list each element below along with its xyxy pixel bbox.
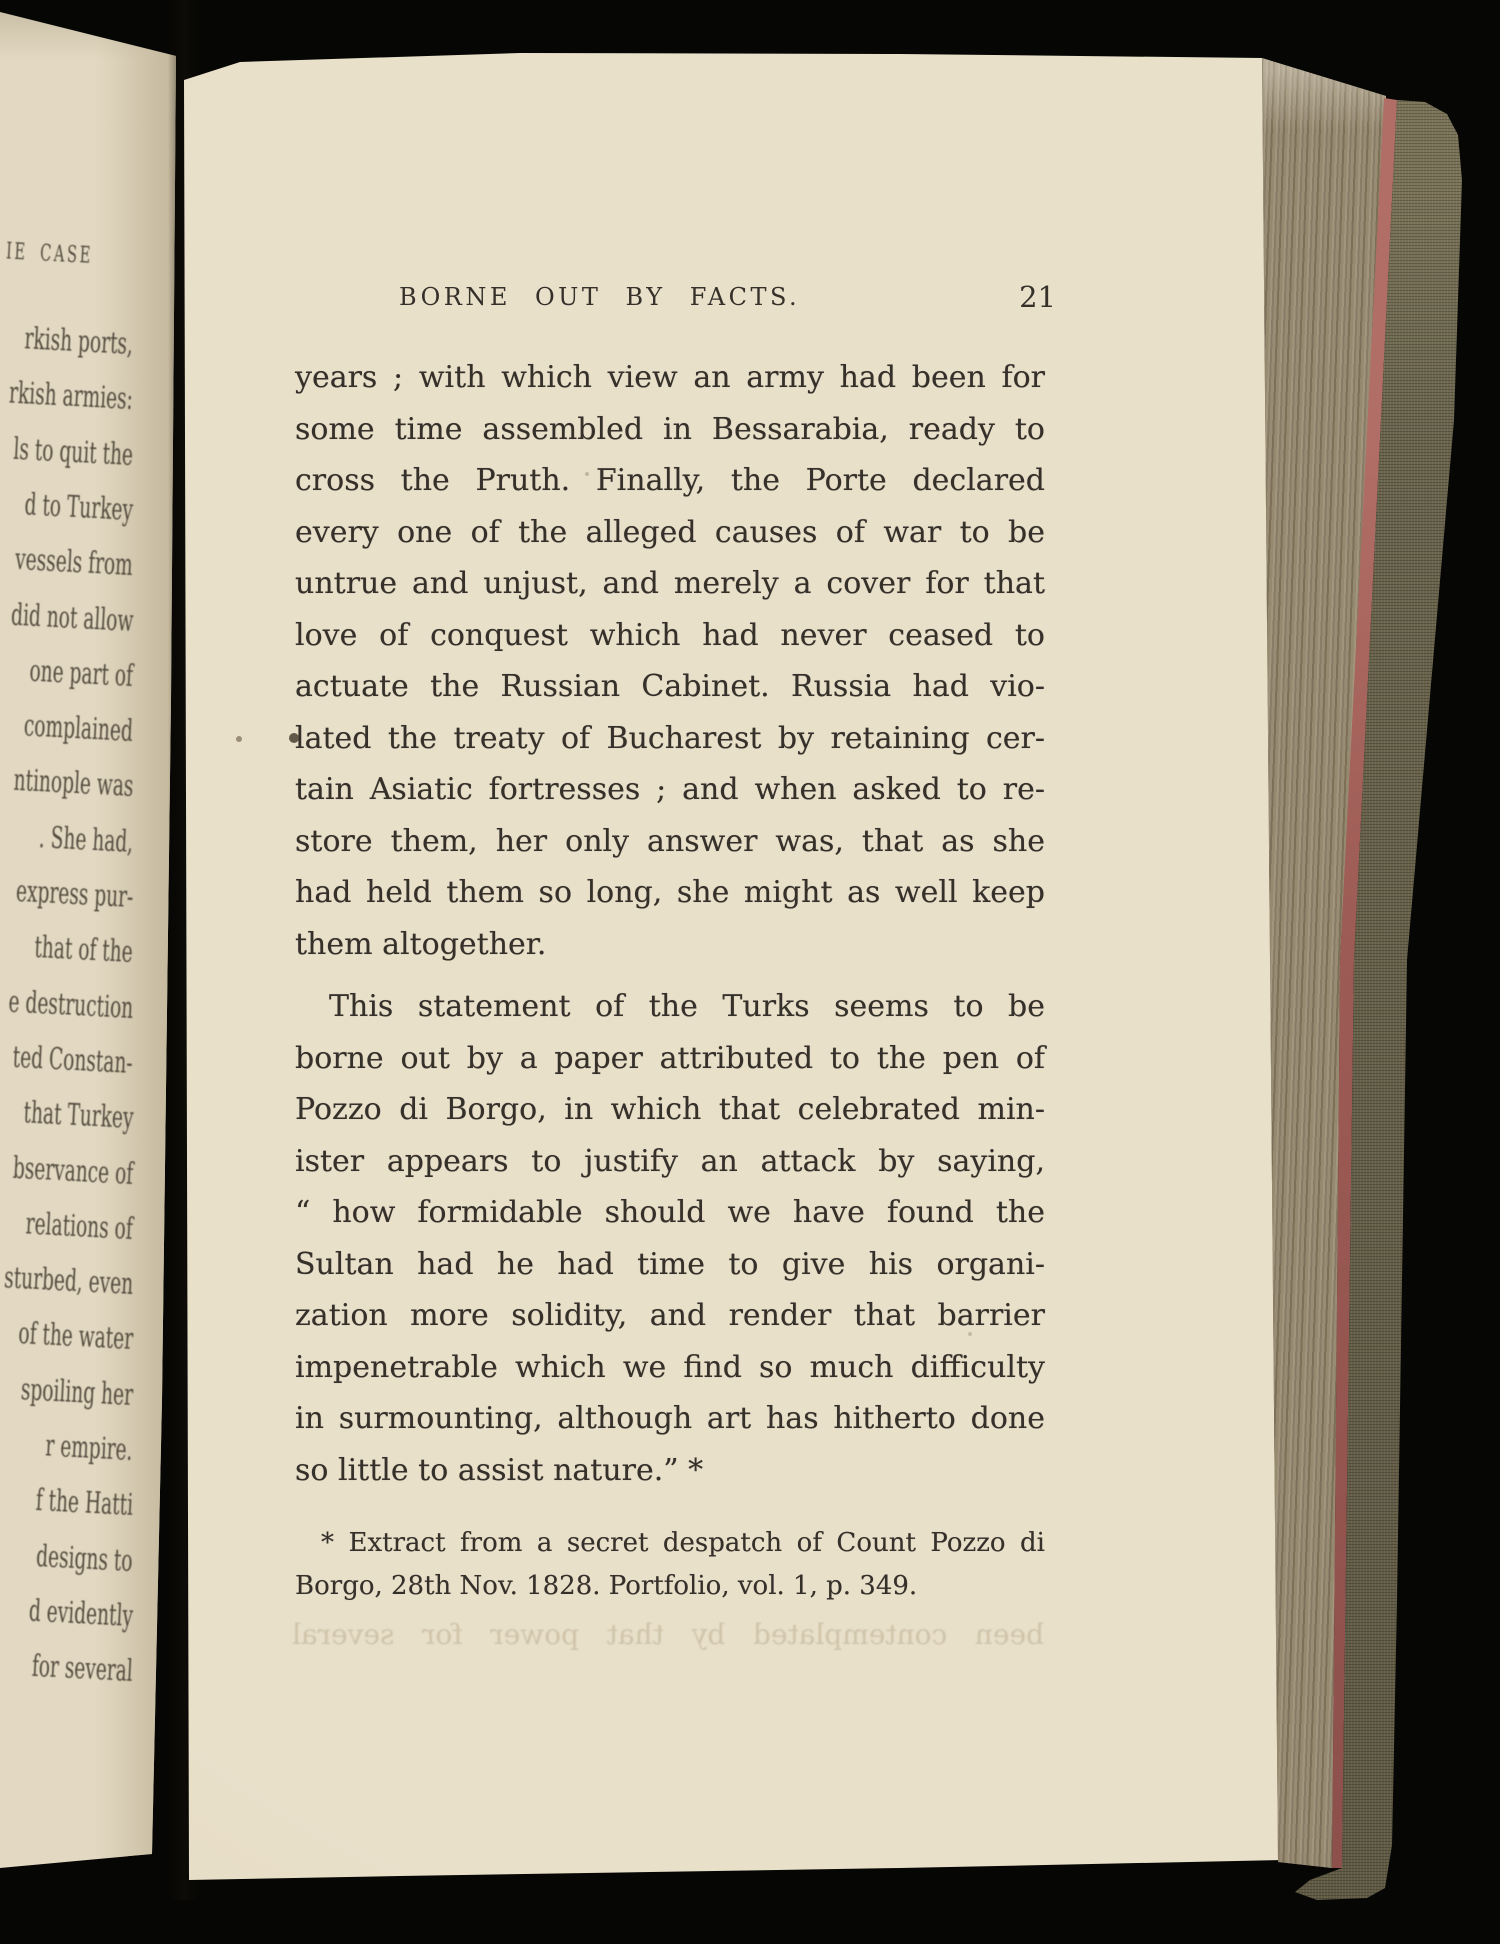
book-photo-scene: IE CASE rkish ports,rkish armies:ls to q… (0, 0, 1500, 1944)
left-page-fragment: . She had, (38, 823, 134, 858)
text-line: so little to assist nature.” * (295, 1445, 1045, 1497)
left-page-fragment: of the water (18, 1319, 134, 1355)
left-page-fragment: ls to quit the (13, 434, 134, 470)
text-line: “ how formidable should we have found th… (295, 1187, 1045, 1239)
left-page-fragment: for several (31, 1652, 133, 1687)
left-page-fragment: did not allow (10, 600, 134, 636)
text-line: impenetrable which we find so much diffi… (295, 1342, 1045, 1394)
text-line: years ; with which view an army had been… (295, 352, 1045, 404)
left-page-text: IE CASE rkish ports,rkish armies:ls to q… (0, 0, 138, 1944)
text-line: in surmounting, although art has hithert… (295, 1393, 1045, 1445)
text-line: had held them so long, she might as well… (295, 867, 1045, 919)
text-line: them altogether. (295, 919, 1045, 971)
left-page-fragment: rkish ports, (24, 324, 134, 360)
paper-speck (585, 472, 589, 476)
left-page-fragment: d to Turkey (24, 490, 134, 526)
left-page-fragment: r empire. (45, 1431, 134, 1466)
left-page-fragment: one part of (29, 656, 134, 691)
left-page-fragment: that Turkey (22, 1098, 133, 1134)
left-page-fragment: ntinople was (12, 766, 133, 802)
book-edge (1255, 40, 1470, 1920)
body-text: years ; with which view an army had been… (295, 352, 1045, 1496)
footnote-line: * Extract from a secret despatch of Coun… (295, 1522, 1045, 1565)
text-line: lated the treaty of Bucharest by retaini… (295, 713, 1045, 765)
text-line: Pozzo di Borgo, in which that celebrated… (295, 1084, 1045, 1136)
left-page-fragment: relations of (25, 1209, 134, 1245)
text-line: This statement of the Turks seems to be (295, 981, 1045, 1033)
text-line: untrue and unjust, and merely a cover fo… (295, 558, 1045, 610)
left-page-fragment: designs to (36, 1542, 134, 1577)
left-page-fragment: that of the (34, 933, 134, 968)
page-number: 21 (1000, 280, 1056, 314)
show-through-ghost-text: been contemplated by that power for seve… (292, 1618, 1044, 1651)
left-running-header: IE CASE (5, 238, 93, 269)
ink-dot (289, 733, 299, 743)
footnote-line: Borgo, 28th Nov. 1828. Portfolio, vol. 1… (295, 1565, 1045, 1608)
left-page-fragment: vessels from (15, 545, 134, 581)
text-line: actuate the Russian Cabinet. Russia had … (295, 661, 1045, 713)
text-line: ister appears to justify an attack by sa… (295, 1136, 1045, 1188)
paper-speck (968, 1332, 972, 1336)
footnote: * Extract from a secret despatch of Coun… (295, 1522, 1045, 1608)
paragraph: This statement of the Turks seems to beb… (295, 981, 1045, 1496)
paper-speck (236, 736, 242, 742)
left-page-fragment: d evidently (28, 1596, 134, 1631)
text-line: tain Asiatic fortresses ; and when asked… (295, 764, 1045, 816)
text-line: cross the Pruth. Finally, the Porte decl… (295, 455, 1045, 507)
left-page-fragment: ted Constan- (12, 1043, 133, 1079)
left-page-fragment: sturbed, even (3, 1263, 133, 1300)
text-line: borne out by a paper attributed to the p… (295, 1033, 1045, 1085)
left-page-fragment: complained (23, 711, 133, 747)
left-page-fragment: bservance of (12, 1153, 134, 1189)
left-page-fragment: express pur- (15, 877, 134, 913)
text-line: Sultan had he had time to give his organ… (295, 1239, 1045, 1291)
text-line: store them, her only answer was, that as… (295, 816, 1045, 868)
text-line: some time assembled in Bessarabia, ready… (295, 404, 1045, 456)
left-page-fragment: e destruction (8, 987, 134, 1023)
left-page-fragment: spoiling her (20, 1375, 134, 1411)
text-line: every one of the alleged causes of war t… (295, 507, 1045, 559)
text-line: love of conquest which had never ceased … (295, 610, 1045, 662)
running-header: BORNE OUT BY FACTS. (399, 283, 800, 311)
left-page-fragment: f the Hatti (35, 1486, 134, 1521)
text-line: zation more solidity, and render that ba… (295, 1290, 1045, 1342)
paragraph: years ; with which view an army had been… (295, 352, 1045, 970)
left-page-fragment: rkish armies: (8, 379, 133, 415)
